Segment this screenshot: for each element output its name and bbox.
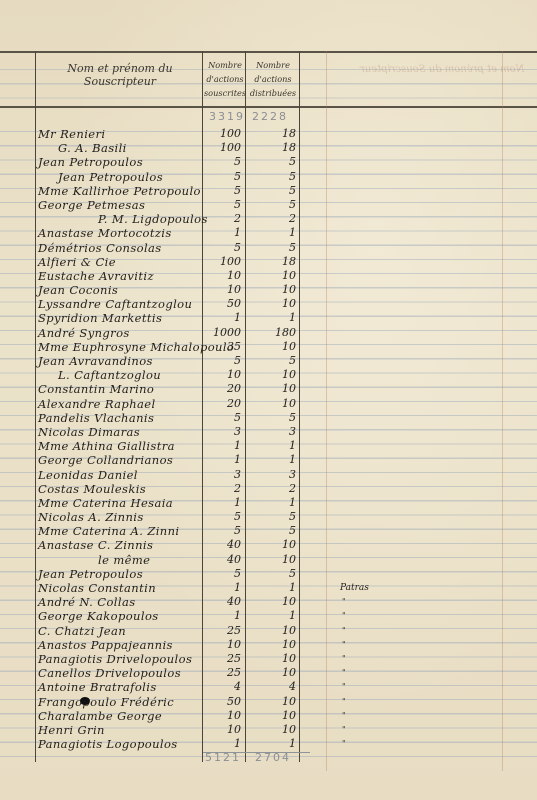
shares-distributed: 18 [246,127,296,141]
shares-subscribed: 10 [203,709,241,723]
table-row: George Collandrianos11 [0,453,537,467]
shares-distributed: 10 [246,368,296,382]
table-row: Jean Petropoulos55 [0,155,537,169]
shares-distributed: 10 [246,382,296,396]
shares-subscribed: 100 [203,255,241,269]
shares-subscribed: 20 [203,397,241,411]
subscriber-name: Jean Petropoulos [58,170,163,184]
subscriber-name: Antoine Bratrafolis [38,680,157,694]
table-row: Panagiotis Drivelopoulos2510" [0,652,537,666]
shares-distributed: 1 [246,581,296,595]
table-row: Mme Athina Giallistra11 [0,439,537,453]
table-row: Leonidas Daniel33 [0,468,537,482]
subscriber-name: C. Chatzi Jean [38,624,126,638]
shares-distributed: 1 [246,609,296,623]
table-row: Mme Caterina Hesaia11 [0,496,537,510]
carried-forward-distributed: 2228 [252,110,288,123]
ledger-page: Nom et prénom du Souscripteur Nom et pré… [0,0,537,800]
shares-distributed: 3 [246,468,296,482]
shares-subscribed: 1 [203,609,241,623]
subscriber-name: Leonidas Daniel [38,468,138,482]
table-row: P. M. Ligdopoulos22 [0,212,537,226]
table-row: Anastase Mortocotzis11 [0,226,537,240]
shares-distributed: 10 [246,666,296,680]
shares-subscribed: 25 [203,666,241,680]
shares-subscribed: 1 [203,453,241,467]
shares-subscribed: 5 [203,567,241,581]
shares-subscribed: 3 [203,425,241,439]
shares-subscribed: 50 [203,297,241,311]
table-row: Costas Mouleskis22 [0,482,537,496]
ditto-mark: " [342,609,346,623]
table-row: Mme Caterina A. Zinni55 [0,524,537,538]
shares-subscribed: 40 [203,538,241,552]
subscriber-name: Pandelis Vlachanis [38,411,154,425]
shares-distributed: 5 [246,510,296,524]
table-row: Henri Grin1010" [0,723,537,737]
ditto-mark: " [342,723,346,737]
shares-distributed: 1 [246,226,296,240]
subscriber-name: André Syngros [38,326,130,340]
shares-distributed: 5 [246,155,296,169]
shares-distributed: 10 [246,269,296,283]
subscriber-name: Panagiotis Drivelopoulos [38,652,192,666]
shares-subscribed: 100 [203,141,241,155]
shares-distributed: 5 [246,241,296,255]
shares-distributed: 1 [246,737,296,751]
table-row: Antoine Bratrafolis44" [0,680,537,694]
table-row: George Kakopoulos11" [0,609,537,623]
shares-distributed: 10 [246,538,296,552]
subscriber-name: Mme Kallirhoe Petropoulo [38,184,201,198]
shares-subscribed: 40 [203,595,241,609]
table-row: G. A. Basili10018 [0,141,537,155]
shares-distributed: 5 [246,170,296,184]
total-subscribed: 5121 [205,751,241,764]
shares-distributed: 2 [246,482,296,496]
location-note: Patras [340,581,369,595]
subscriber-list: Mr Renieri10018G. A. Basili10018Jean Pet… [0,127,537,751]
column-header-subscribed: Nombre d'actions souscrites [203,58,247,100]
shares-subscribed: 1000 [203,326,241,340]
ditto-mark: " [342,666,346,680]
subscriber-name: Anastos Pappajeannis [38,638,173,652]
subscriber-name: Jean Coconis [38,283,118,297]
shares-subscribed: 1 [203,581,241,595]
table-row: Charalambe George1010" [0,709,537,723]
subscriber-name: Costas Mouleskis [38,482,146,496]
subscriber-name: Lyssandre Caftantzoglou [38,297,192,311]
shares-distributed: 10 [246,283,296,297]
subscriber-name: G. A. Basili [58,141,127,155]
subscriber-name: Mme Caterina A. Zinni [38,524,180,538]
table-row: Nicolas A. Zinnis55 [0,510,537,524]
shares-subscribed: 40 [203,553,241,567]
shares-distributed: 3 [246,425,296,439]
shares-subscribed: 5 [203,241,241,255]
subscriber-name: Jean Petropoulos [38,567,143,581]
shares-subscribed: 5 [203,354,241,368]
shares-distributed: 10 [246,624,296,638]
shares-distributed: 10 [246,723,296,737]
subscriber-name: George Collandrianos [38,453,173,467]
column-header-name: Nom et prénom du Souscripteur [40,62,200,88]
shares-distributed: 10 [246,553,296,567]
shares-subscribed: 5 [203,170,241,184]
shares-subscribed: 5 [203,184,241,198]
subscriber-name: Charalambe George [38,709,162,723]
shares-distributed: 10 [246,340,296,354]
shares-subscribed: 35 [203,340,241,354]
shares-subscribed: 2 [203,212,241,226]
shares-distributed: 180 [246,326,296,340]
shares-subscribed: 5 [203,411,241,425]
subscriber-name: Nicolas Constantin [38,581,156,595]
table-row: Nicolas Constantin11Patras [0,581,537,595]
ditto-mark: " [342,709,346,723]
shares-subscribed: 1 [203,226,241,240]
ditto-mark: " [342,624,346,638]
shares-subscribed: 10 [203,269,241,283]
shares-distributed: 10 [246,397,296,411]
table-row: Mr Renieri10018 [0,127,537,141]
table-row: Anastos Pappajeannis1010" [0,638,537,652]
shares-distributed: 2 [246,212,296,226]
table-row: Pandelis Vlachanis55 [0,411,537,425]
shares-distributed: 5 [246,184,296,198]
shares-distributed: 10 [246,638,296,652]
shares-distributed: 1 [246,496,296,510]
ditto-mark: " [342,638,346,652]
shares-subscribed: 2 [203,482,241,496]
table-row: Alexandre Raphael2010 [0,397,537,411]
bleed-through-text: Nom et prénom du Souscripteur [360,64,524,75]
table-row: Jean Petropoulos55 [0,170,537,184]
subscriber-name: Démétrios Consolas [38,241,162,255]
subscriber-name: P. M. Ligdopoulos [98,212,208,226]
shares-distributed: 5 [246,354,296,368]
table-row: Eustache Avravitiz1010 [0,269,537,283]
shares-subscribed: 50 [203,695,241,709]
shares-distributed: 18 [246,141,296,155]
shares-subscribed: 5 [203,198,241,212]
ditto-mark: " [342,680,346,694]
table-row: George Petmesas55 [0,198,537,212]
subscriber-name: Anastase C. Zinnis [38,538,153,552]
header-bottom-rule [0,106,537,108]
table-row: C. Chatzi Jean2510" [0,624,537,638]
shares-subscribed: 3 [203,468,241,482]
table-row: Anastase C. Zinnis4010 [0,538,537,552]
subscriber-name: Jean Petropoulos [38,155,143,169]
shares-distributed: 1 [246,311,296,325]
table-row: L. Caftantzoglou1010 [0,368,537,382]
shares-distributed: 10 [246,297,296,311]
subscriber-name: Anastase Mortocotzis [38,226,172,240]
subscriber-name: Jean Avravandinos [38,354,153,368]
subscriber-name: Mr Renieri [38,127,105,141]
subscriber-name: Panagiotis Logopoulos [38,737,178,751]
shares-distributed: 10 [246,695,296,709]
carried-forward-subscribed: 3319 [209,110,245,123]
subscriber-name: Alfieri & Cie [38,255,116,269]
shares-distributed: 5 [246,198,296,212]
subscriber-name: George Petmesas [38,198,145,212]
subscriber-name: Nicolas Dimaras [38,425,140,439]
shares-subscribed: 5 [203,524,241,538]
shares-distributed: 1 [246,439,296,453]
shares-distributed: 5 [246,567,296,581]
ditto-mark: " [342,595,346,609]
subscriber-name: Mme Caterina Hesaia [38,496,173,510]
subscriber-name: Eustache Avravitiz [38,269,154,283]
shares-subscribed: 4 [203,680,241,694]
table-row: Canellos Drivelopoulos2510" [0,666,537,680]
table-row: Panagiotis Logopoulos11" [0,737,537,751]
shares-subscribed: 25 [203,652,241,666]
shares-distributed: 1 [246,453,296,467]
subscriber-name: Mme Athina Giallistra [38,439,175,453]
shares-distributed: 4 [246,680,296,694]
shares-subscribed: 100 [203,127,241,141]
table-row: Mme Kallirhoe Petropoulo55 [0,184,537,198]
shares-distributed: 18 [246,255,296,269]
subscriber-name: Henri Grin [38,723,105,737]
shares-distributed: 10 [246,709,296,723]
subscriber-name: Constantin Marino [38,382,154,396]
shares-subscribed: 10 [203,283,241,297]
shares-subscribed: 10 [203,638,241,652]
header-top-rule [0,51,537,53]
shares-subscribed: 5 [203,510,241,524]
ditto-mark: " [342,652,346,666]
table-row: André Syngros1000180 [0,326,537,340]
subscriber-name: Alexandre Raphael [38,397,156,411]
column-header-distributed: Nombre d'actions distribuées [246,58,300,100]
table-row: Alfieri & Cie10018 [0,255,537,269]
table-row: Jean Coconis1010 [0,283,537,297]
shares-distributed: 5 [246,524,296,538]
subscriber-name: André N. Collas [38,595,136,609]
subscriber-name: George Kakopoulos [38,609,159,623]
subscriber-name: Canellos Drivelopoulos [38,666,181,680]
table-row: Spyridion Markettis11 [0,311,537,325]
table-row: Jean Petropoulos55 [0,567,537,581]
shares-distributed: 5 [246,411,296,425]
subscriber-name: Nicolas A. Zinnis [38,510,144,524]
table-row: Lyssandre Caftantzoglou5010 [0,297,537,311]
shares-subscribed: 25 [203,624,241,638]
total-distributed: 2704 [255,751,291,764]
table-row: Démétrios Consolas55 [0,241,537,255]
shares-subscribed: 1 [203,439,241,453]
shares-distributed: 10 [246,652,296,666]
shares-subscribed: 20 [203,382,241,396]
shares-subscribed: 1 [203,311,241,325]
shares-subscribed: 10 [203,368,241,382]
shares-distributed: 10 [246,595,296,609]
table-row: André N. Collas4010" [0,595,537,609]
table-row: Jean Avravandinos55 [0,354,537,368]
subscriber-name: le même [98,553,150,567]
ditto-mark: " [342,737,346,751]
table-row: le même4010 [0,553,537,567]
ditto-mark: " [342,695,346,709]
table-row: Constantin Marino2010 [0,382,537,396]
shares-subscribed: 10 [203,723,241,737]
table-row: Nicolas Dimaras33 [0,425,537,439]
subscriber-name: L. Caftantzoglou [58,368,161,382]
subscriber-name: Spyridion Markettis [38,311,162,325]
shares-subscribed: 1 [203,737,241,751]
subscriber-name: Frangopoulo Frédéric [38,695,174,709]
table-row: Mme Euphrosyne Michalopoulo3510 [0,340,537,354]
shares-subscribed: 1 [203,496,241,510]
shares-subscribed: 5 [203,155,241,169]
ink-blot [80,697,90,705]
